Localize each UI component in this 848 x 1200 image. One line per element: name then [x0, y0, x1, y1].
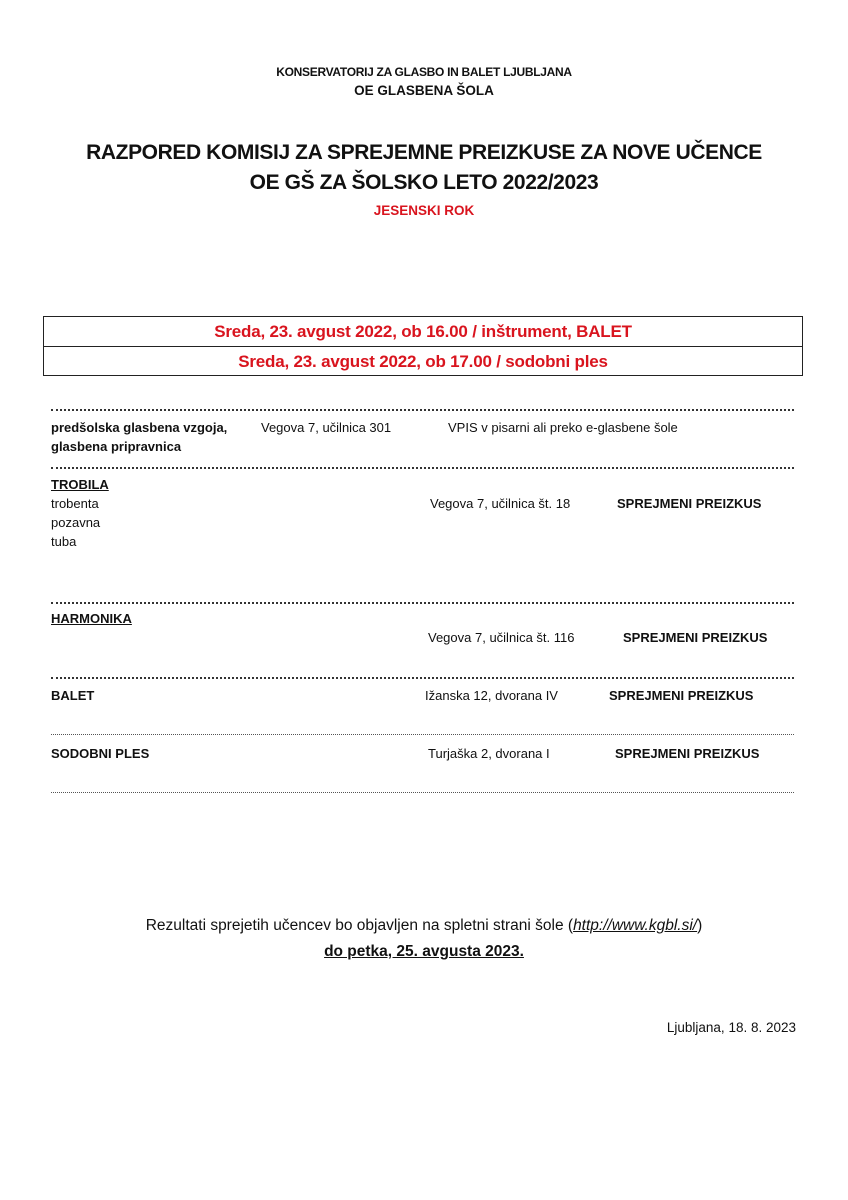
results-deadline: do petka, 25. avgusta 2023. [0, 943, 848, 961]
preschool-enrollment-note: VPIS v pisarni ali preko e-glasbene šole [448, 418, 678, 437]
dotted-separator [51, 409, 794, 411]
document-title-line1: RAZPORED KOMISIJ ZA SPREJEMNE PREIZKUSE … [0, 141, 848, 165]
sodobni-ples-heading: SODOBNI PLES [51, 744, 149, 763]
trobila-location: Vegova 7, učilnica št. 18 [430, 494, 570, 513]
dotted-separator [51, 734, 794, 735]
balet-location: Ižanska 12, dvorana IV [425, 686, 558, 705]
term-subtitle: JESENSKI ROK [0, 203, 848, 218]
preschool-label-line2: glasbena pripravnica [51, 437, 181, 456]
preschool-location: Vegova 7, učilnica 301 [261, 418, 391, 437]
instrument-tuba: tuba [51, 532, 76, 551]
place-and-date: Ljubljana, 18. 8. 2023 [667, 1020, 796, 1035]
institution-name: KONSERVATORIJ ZA GLASBO IN BALET LJUBLJA… [0, 65, 848, 79]
dotted-separator [51, 677, 794, 679]
harmonika-location: Vegova 7, učilnica št. 116 [428, 628, 574, 647]
results-close: ) [697, 917, 702, 934]
dotted-separator [51, 602, 794, 604]
school-website-link[interactable]: http://www.kgbl.si/ [573, 917, 697, 934]
date-box: Sreda, 23. avgust 2022, ob 16.00 / inštr… [43, 316, 803, 376]
balet-status: SPREJMENI PREIZKUS [609, 686, 753, 705]
harmonika-status: SPREJMENI PREIZKUS [623, 628, 767, 647]
harmonika-heading: HARMONIKA [51, 609, 132, 628]
results-text: Rezultati sprejetih učencev bo objavljen… [146, 917, 573, 934]
instrument-trobenta: trobenta [51, 494, 99, 513]
dotted-separator [51, 792, 794, 793]
unit-name: OE GLASBENA ŠOLA [0, 83, 848, 98]
balet-heading: BALET [51, 686, 94, 705]
instrument-pozavna: pozavna [51, 513, 100, 532]
trobila-status: SPREJMENI PREIZKUS [617, 494, 761, 513]
date-row-instrument-ballet: Sreda, 23. avgust 2022, ob 16.00 / inštr… [44, 317, 802, 346]
dotted-separator [51, 467, 794, 469]
preschool-label-line1: predšolska glasbena vzgoja, [51, 418, 227, 437]
results-notice: Rezultati sprejetih učencev bo objavljen… [0, 917, 848, 935]
document-title-line2: OE GŠ ZA ŠOLSKO LETO 2022/2023 [0, 171, 848, 195]
sodobni-ples-status: SPREJMENI PREIZKUS [615, 744, 759, 763]
sodobni-ples-location: Turjaška 2, dvorana I [428, 744, 550, 763]
trobila-heading: TROBILA [51, 475, 109, 494]
date-row-contemporary-dance: Sreda, 23. avgust 2022, ob 17.00 / sodob… [44, 346, 802, 376]
